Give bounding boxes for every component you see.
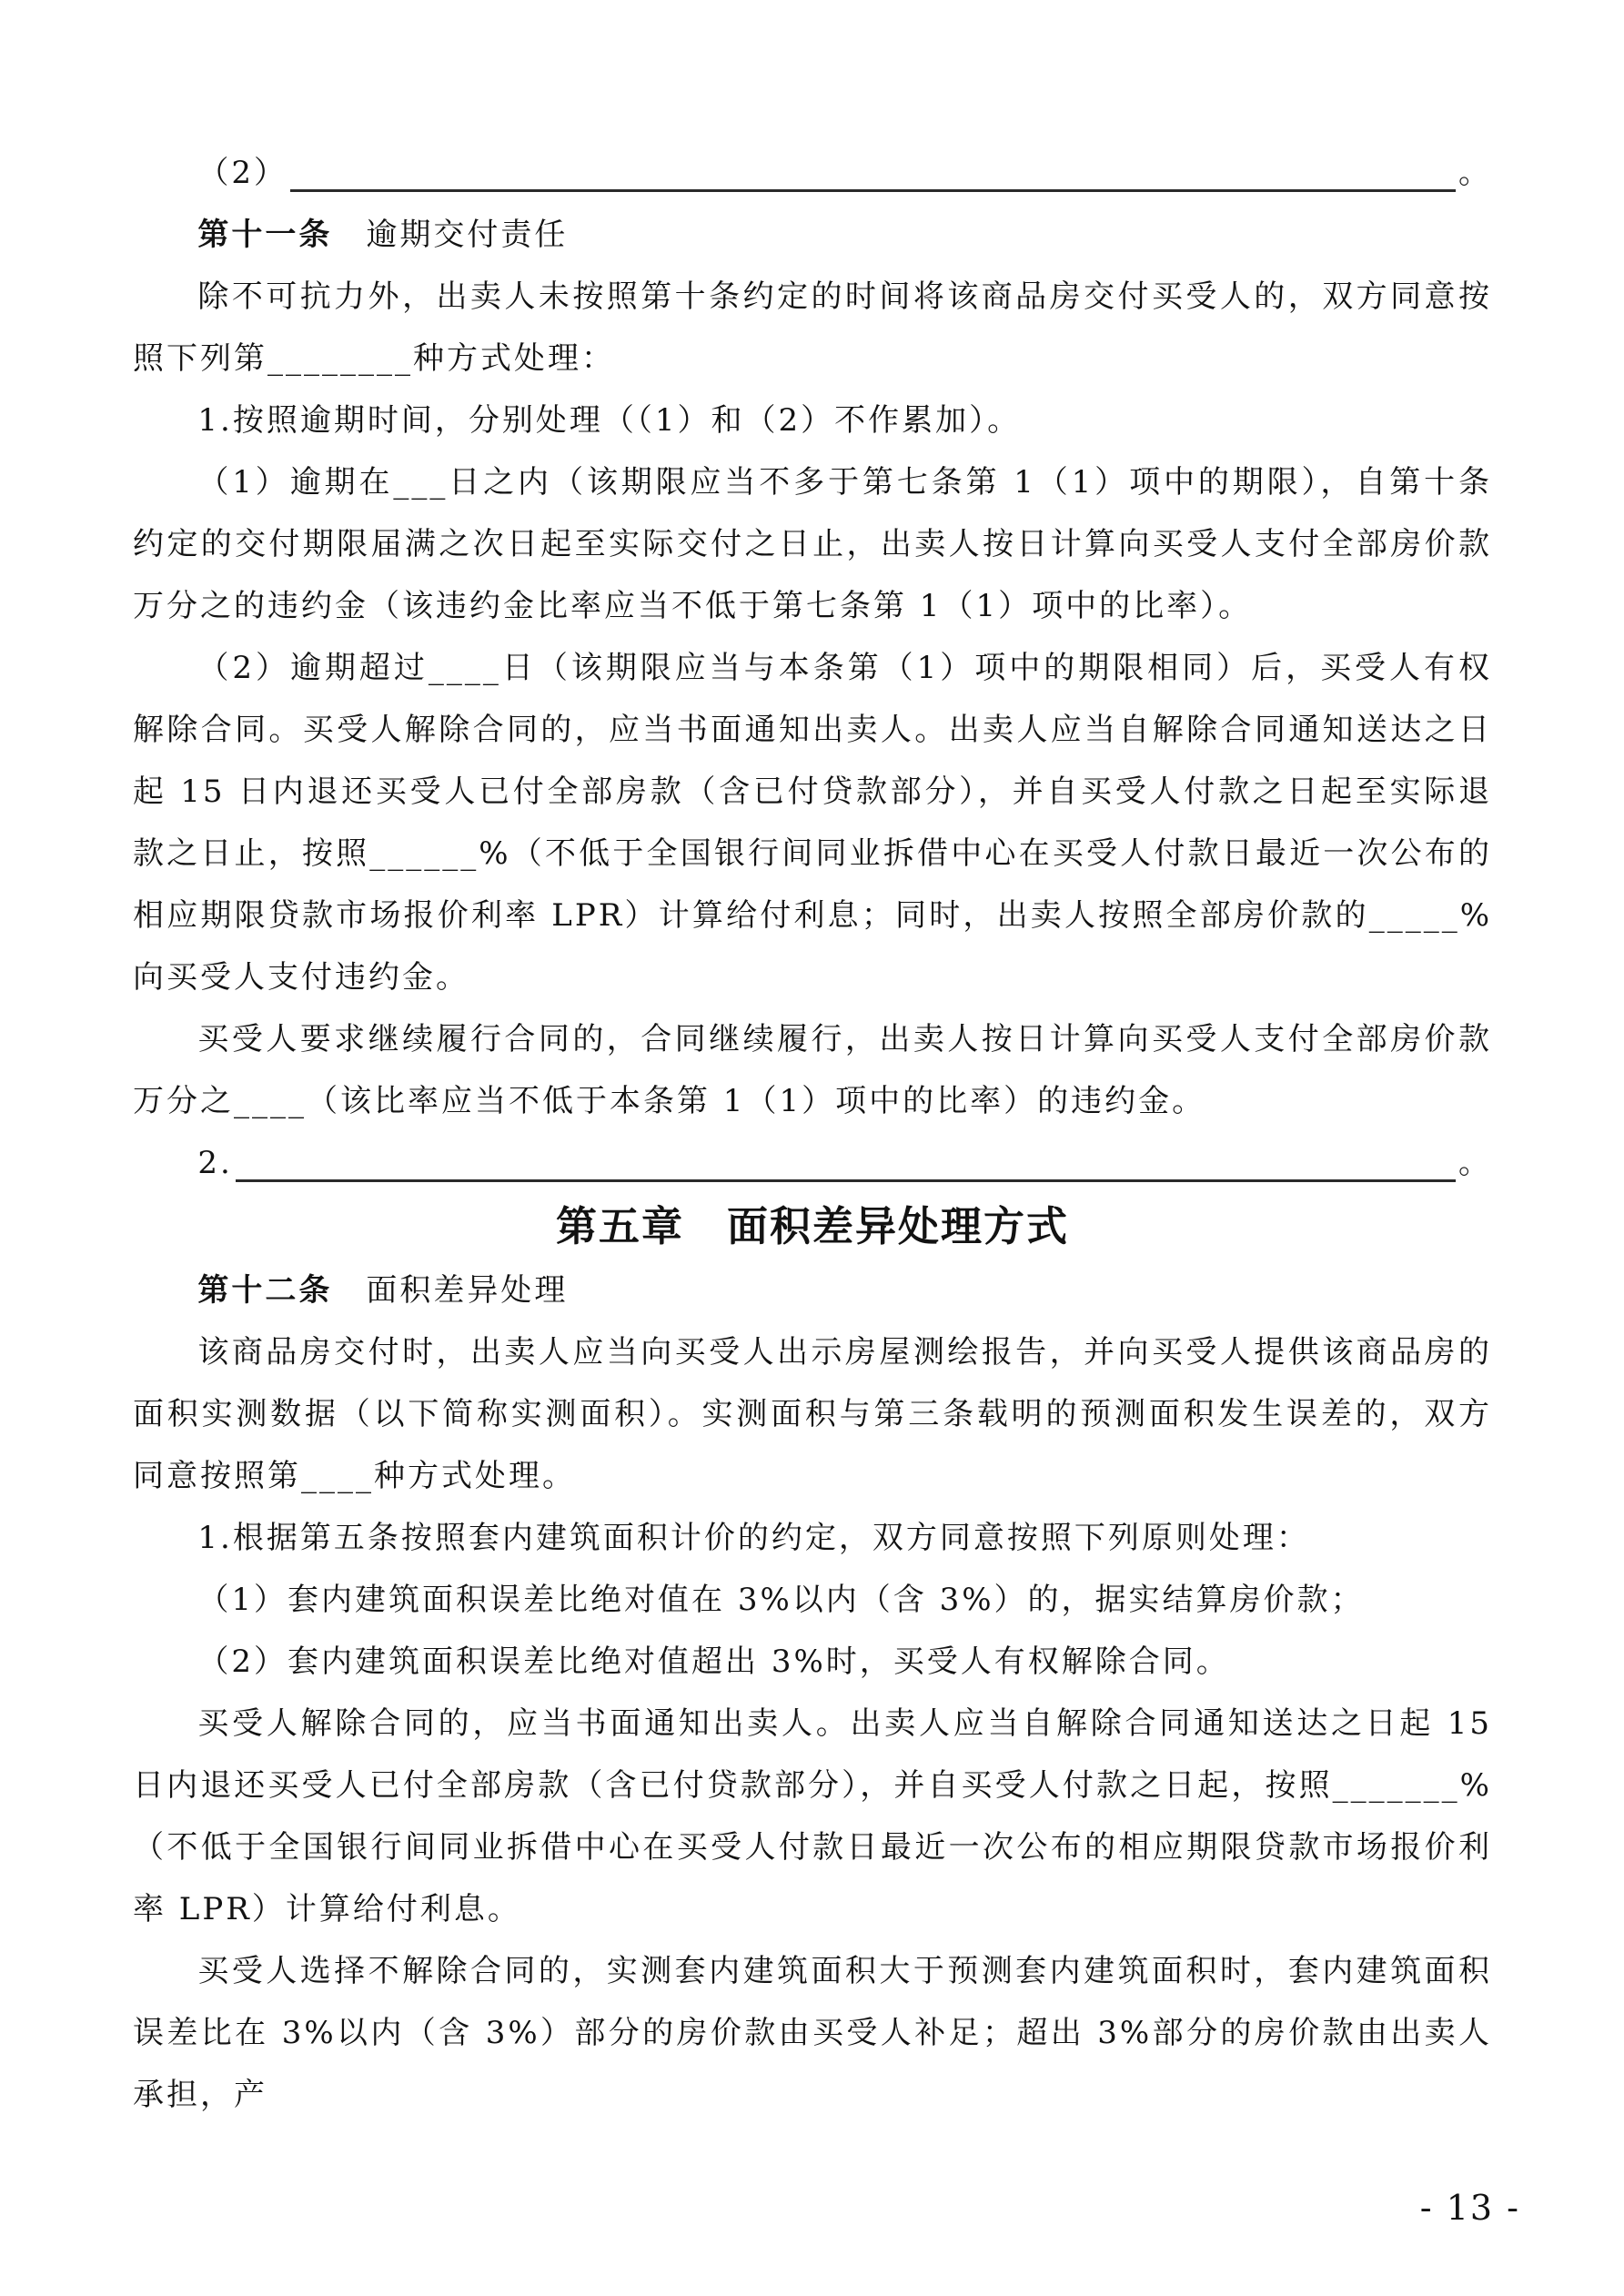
text-run: （2）逾期超过____日（该期限应当与本条第（1）项中的期限相同）后，买受人有权… <box>133 650 1492 996</box>
article-11-heading: 第十一条 逾期交付责任 <box>133 204 1492 266</box>
page-number: - 13 - <box>1420 2188 1520 2228</box>
text-run: 买受人要求继续履行合同的，合同继续履行，出卖人按日计算向买受人支付全部房价款万分… <box>133 1021 1492 1119</box>
blank-fill-line <box>290 142 1456 192</box>
text-run: （2）套内建筑面积误差比绝对值超出 3%时，买受人有权解除合同。 <box>197 1644 1229 1680</box>
text-run: （2） <box>197 142 287 204</box>
text-run: 1.按照逾期时间，分别处理（（1）和（2）不作累加）。 <box>197 402 1021 439</box>
chapter-5-heading: 第五章 面积差异处理方式 <box>133 1194 1492 1259</box>
text-run: 第五章 面积差异处理方式 <box>556 1202 1069 1250</box>
text-run: 面积差异处理 <box>332 1272 568 1309</box>
article-12-item-1-2: （2）套内建筑面积误差比绝对值超出 3%时，买受人有权解除合同。 <box>133 1631 1492 1693</box>
article-12-heading: 第十二条 面积差异处理 <box>133 1259 1492 1321</box>
article-12-item-1-1: （1）套内建筑面积误差比绝对值在 3%以内（含 3%）的，据实结算房价款； <box>133 1569 1492 1631</box>
article-11-item-1: 1.按照逾期时间，分别处理（（1）和（2）不作累加）。 <box>133 389 1492 451</box>
article-12-rescind: 买受人解除合同的，应当书面通知出卖人。出卖人应当自解除合同通知送达之日起 15 … <box>133 1693 1492 1940</box>
text-run: 。 <box>1458 1132 1492 1194</box>
text-run: 该商品房交付时，出卖人应当向买受人出示房屋测绘报告，并向买受人提供该商品房的面积… <box>133 1334 1492 1494</box>
text-run: （1）套内建筑面积误差比绝对值在 3%以内（含 3%）的，据实结算房价款； <box>197 1582 1364 1618</box>
article-11-continue-perform: 买受人要求继续履行合同的，合同继续履行，出卖人按日计算向买受人支付全部房价款万分… <box>133 1008 1492 1132</box>
clause-option-2-blank-line: （2）。 <box>133 142 1492 204</box>
document-body: （2）。第十一条 逾期交付责任除不可抗力外，出卖人未按照第十条约定的时间将该商品… <box>133 142 1492 2126</box>
text-run: 买受人选择不解除合同的，实测套内建筑面积大于预测套内建筑面积时，套内建筑面积误差… <box>133 1953 1492 2113</box>
article-12-item-1: 1.根据第五条按照套内建筑面积计价的约定，双方同意按照下列原则处理： <box>133 1507 1492 1569</box>
article-12-intro: 该商品房交付时，出卖人应当向买受人出示房屋测绘报告，并向买受人提供该商品房的面积… <box>133 1321 1492 1507</box>
article-11-item-1-1: （1）逾期在___日之内（该期限应当不多于第七条第 1（1）项中的期限），自第十… <box>133 451 1492 637</box>
article-11-item-1-2: （2）逾期超过____日（该期限应当与本条第（1）项中的期限相同）后，买受人有权… <box>133 637 1492 1008</box>
text-run: 。 <box>1458 142 1492 204</box>
text-run: （1）逾期在___日之内（该期限应当不多于第七条第 1（1）项中的期限），自第十… <box>133 464 1492 624</box>
bold-text-run: 第十一条 <box>197 217 332 253</box>
clause-option-2-line: 2.。 <box>133 1132 1492 1194</box>
article-11-intro: 除不可抗力外，出卖人未按照第十条约定的时间将该商品房交付买受人的，双方同意按照下… <box>133 266 1492 389</box>
blank-fill-line <box>236 1132 1456 1182</box>
text-run: 买受人解除合同的，应当书面通知出卖人。出卖人应当自解除合同通知送达之日起 15 … <box>133 1705 1492 1927</box>
contract-page: （2）。第十一条 逾期交付责任除不可抗力外，出卖人未按照第十条约定的时间将该商品… <box>0 0 1624 2296</box>
text-run: 1.根据第五条按照套内建筑面积计价的约定，双方同意按照下列原则处理： <box>197 1520 1309 1556</box>
text-run: 除不可抗力外，出卖人未按照第十条约定的时间将该商品房交付买受人的，双方同意按照下… <box>133 278 1492 377</box>
text-run: 逾期交付责任 <box>332 217 568 253</box>
text-run: 2. <box>197 1132 232 1194</box>
article-12-no-rescind: 买受人选择不解除合同的，实测套内建筑面积大于预测套内建筑面积时，套内建筑面积误差… <box>133 1940 1492 2126</box>
bold-text-run: 第十二条 <box>197 1272 332 1309</box>
